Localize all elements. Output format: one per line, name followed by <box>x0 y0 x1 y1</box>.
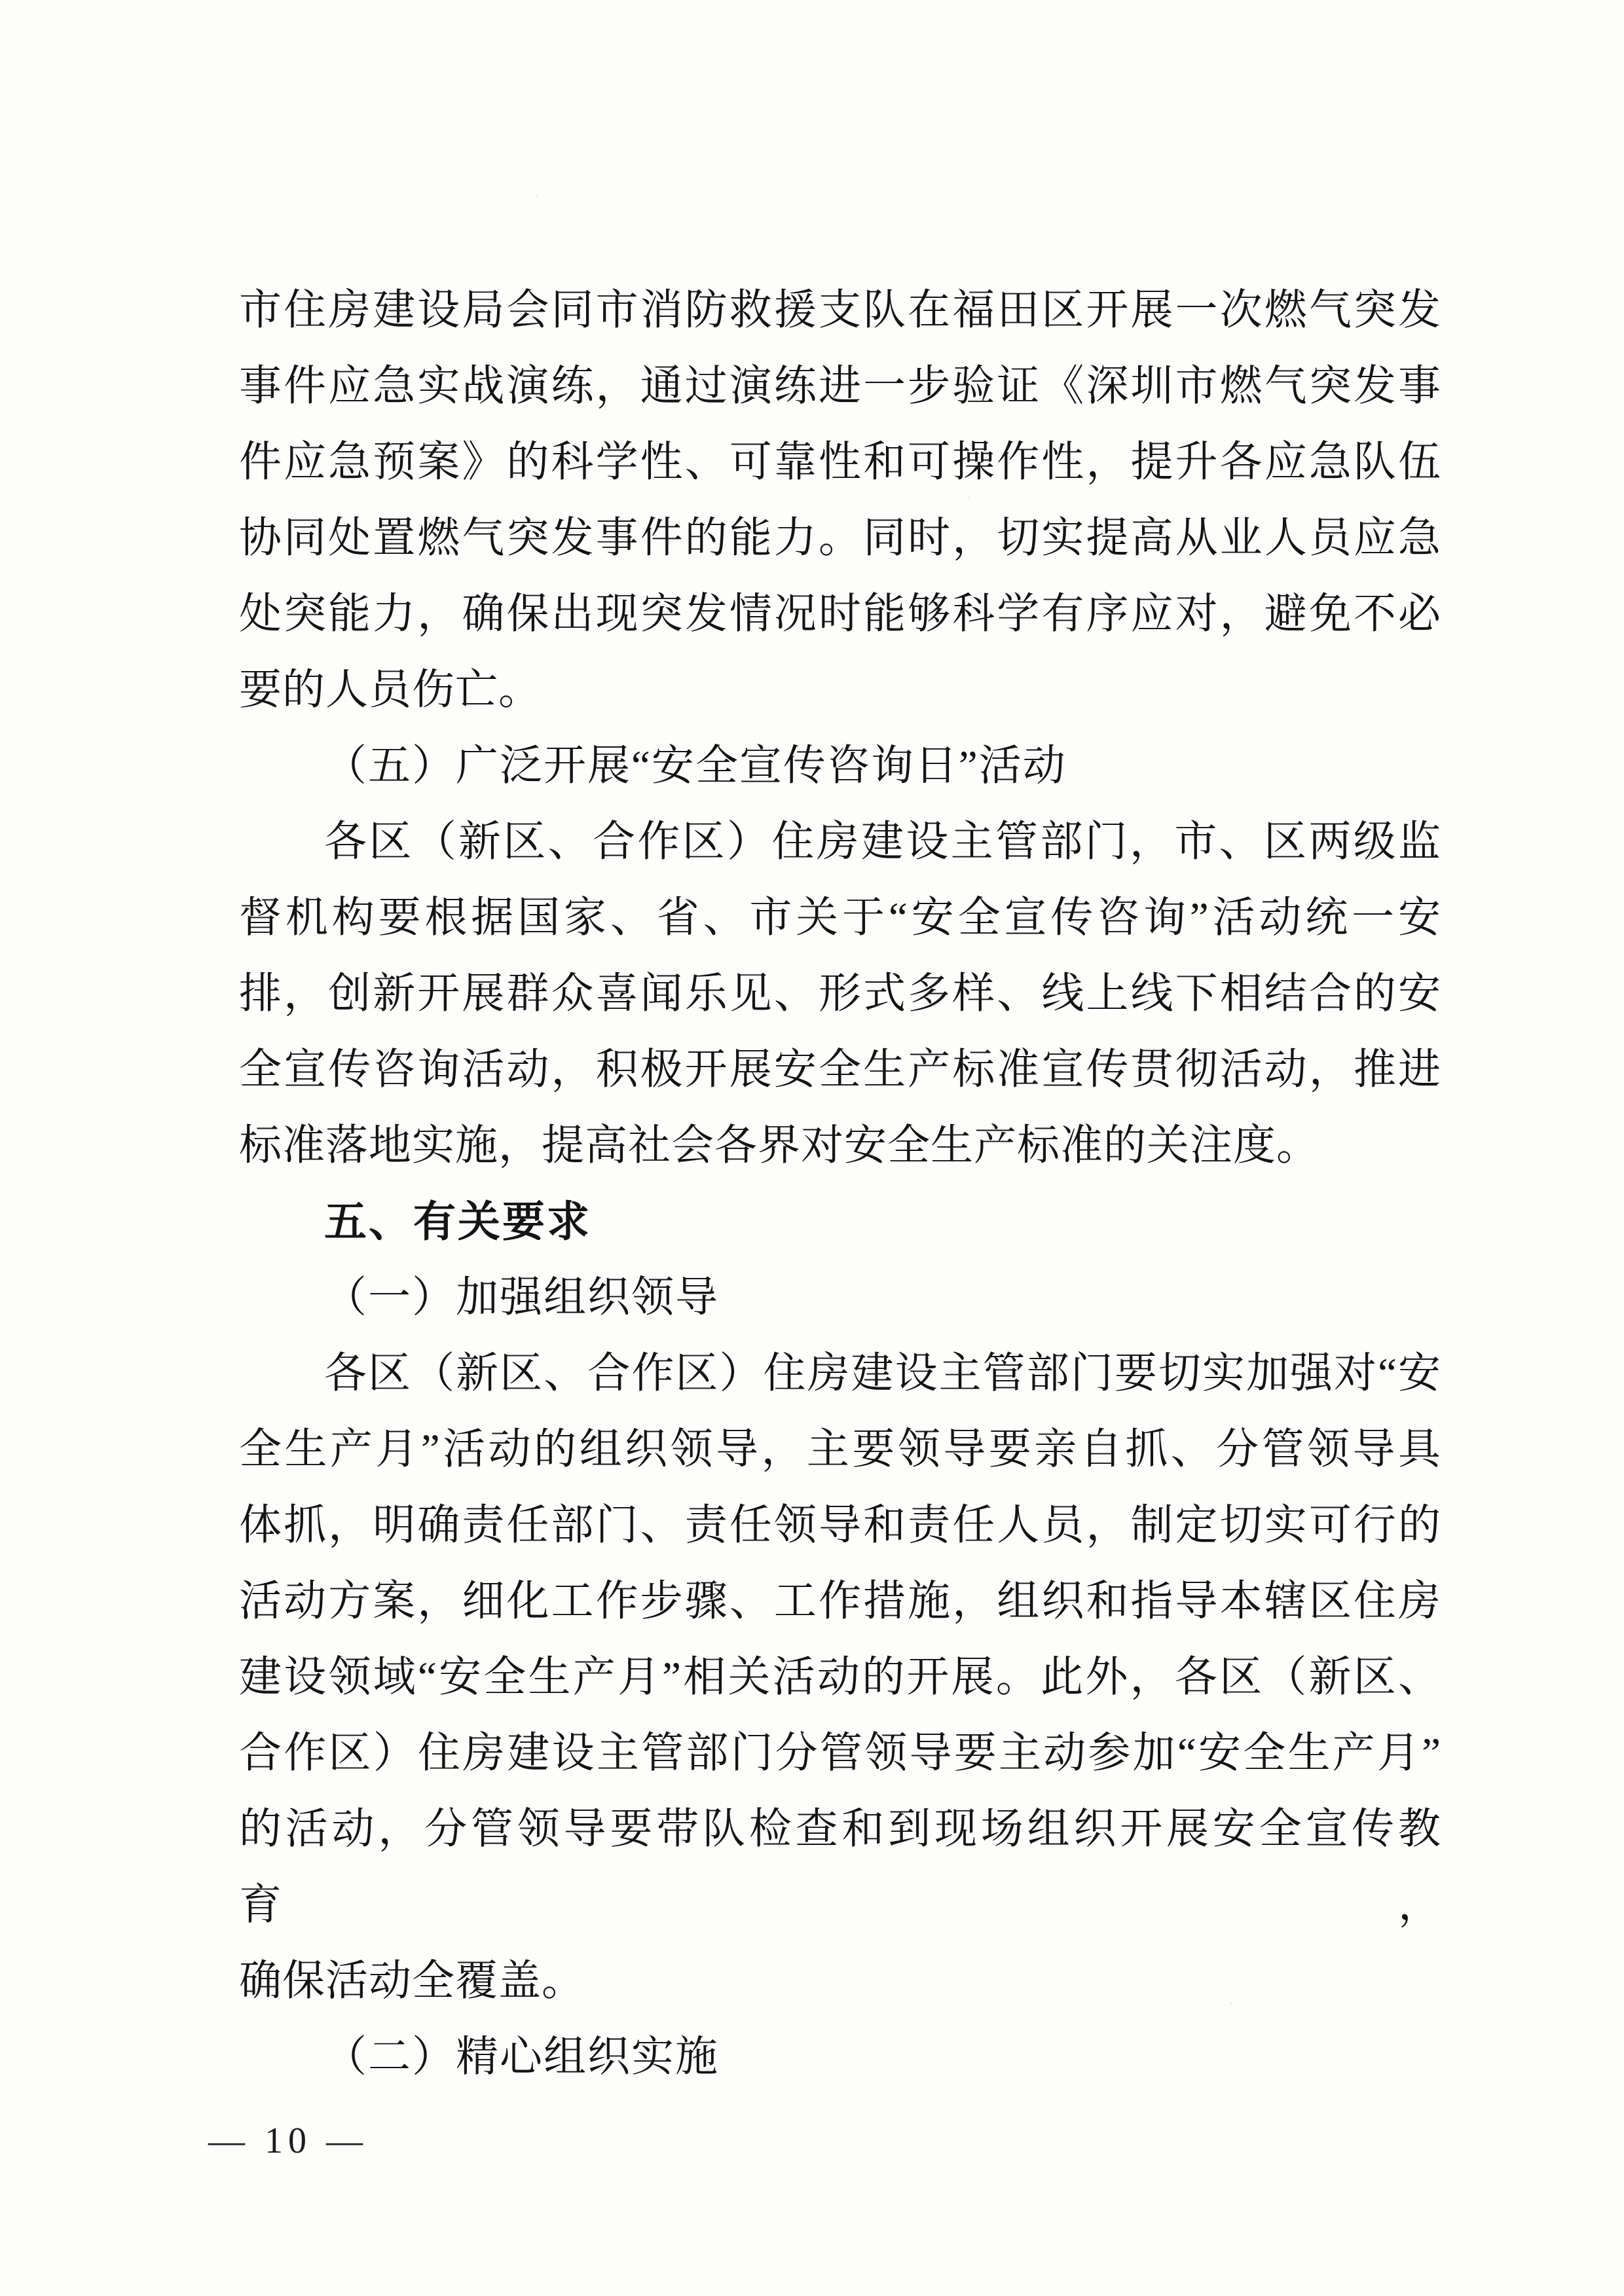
document-line: 处突能力，确保出现突发情况时能够科学有序应对，避免不必 <box>239 576 1441 652</box>
sub-heading: （二）精心组织实施 <box>239 2019 1441 2095</box>
document-line: 活动方案，细化工作步骤、工作措施，组织和指导本辖区住房 <box>239 1563 1441 1639</box>
document-line: 体抓，明确责任部门、责任领导和责任人员，制定切实可行的 <box>239 1487 1441 1563</box>
document-line: 全生产月”活动的组织领导，主要领导要亲自抓、分管领导具 <box>239 1412 1441 1487</box>
sub-heading: （一）加强组织领导 <box>239 1260 1441 1336</box>
document-line: 标准落地实施，提高社会各界对安全生产标准的关注度。 <box>239 1108 1441 1184</box>
document-line: 的活动，分管领导要带队检查和到现场组织开展安全宣传教育， <box>239 1791 1441 1943</box>
document-line: 督机构要根据国家、省、市关于“安全宣传咨询”活动统一安 <box>239 880 1441 956</box>
document-line: 全宣传咨询活动，积极开展安全生产标准宣传贯彻活动，推进 <box>239 1032 1441 1108</box>
page-number: — 10 — <box>208 2120 368 2162</box>
document-line: 建设领域“安全生产月”相关活动的开展。此外，各区（新区、 <box>239 1639 1441 1715</box>
document-body: 市住房建设局会同市消防救援支队在福田区开展一次燃气突发事件应急实战演练，通过演练… <box>239 272 1441 2095</box>
document-line: 件应急预案》的科学性、可靠性和可操作性，提升各应急队伍 <box>239 424 1441 500</box>
section-heading: 五、有关要求 <box>239 1184 1441 1260</box>
sub-heading: （五）广泛开展“安全宣传咨询日”活动 <box>239 728 1441 804</box>
document-line: 市住房建设局会同市消防救援支队在福田区开展一次燃气突发 <box>239 272 1441 348</box>
document-line: 各区（新区、合作区）住房建设主管部门，市、区两级监 <box>239 804 1441 880</box>
document-line: 确保活动全覆盖。 <box>239 1943 1441 2019</box>
document-line: 协同处置燃气突发事件的能力。同时，切实提高从业人员应急 <box>239 500 1441 576</box>
document-page: 市住房建设局会同市消防救援支队在福田区开展一次燃气突发事件应急实战演练，通过演练… <box>0 0 1624 2296</box>
document-line: 各区（新区、合作区）住房建设主管部门要切实加强对“安 <box>239 1336 1441 1412</box>
document-line: 事件应急实战演练，通过演练进一步验证《深圳市燃气突发事 <box>239 348 1441 424</box>
document-line: 合作区）住房建设主管部门分管领导要主动参加“安全生产月” <box>239 1715 1441 1791</box>
document-line: 要的人员伤亡。 <box>239 652 1441 728</box>
document-line: 排，创新开展群众喜闻乐见、形式多样、线上线下相结合的安 <box>239 956 1441 1032</box>
